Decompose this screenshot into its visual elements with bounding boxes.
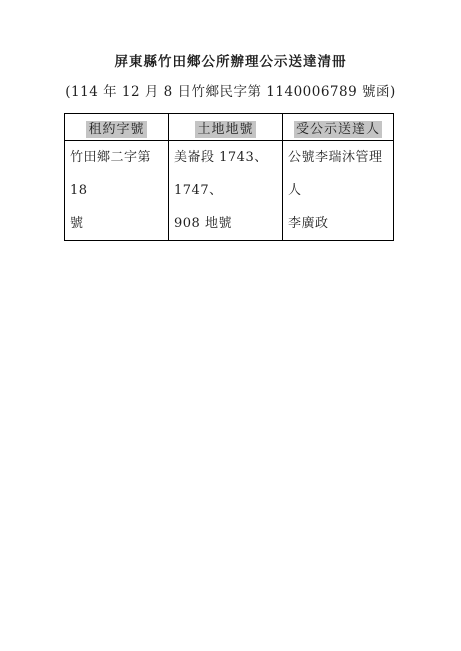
header-label-land-number: 土地地號 [195,121,255,138]
document-reference-line: (114 年 12 月 8 日竹鄉民字第 1140006789 號函) [0,84,461,101]
document-page: 屏東縣竹田鄉公所辦理公示送達清冊 (114 年 12 月 8 日竹鄉民字第 11… [0,0,461,651]
table-row: 竹田鄉二字第 18 號 美崙段 1743、1747、 908 地號 公號李瑞沐管… [65,141,394,241]
header-label-recipient: 受公示送達人 [294,121,382,138]
header-cell-contract-number: 租約字號 [65,114,169,141]
header-cell-land-number: 土地地號 [169,114,283,141]
header-label-contract-number: 租約字號 [86,121,146,138]
cell-contract-number: 竹田鄉二字第 18 號 [65,141,169,241]
cell-recipient: 公號李瑞沐管理人 李廣政 [283,141,394,241]
header-cell-recipient: 受公示送達人 [283,114,394,141]
document-title: 屏東縣竹田鄉公所辦理公示送達清冊 [0,0,461,71]
table-header-row: 租約字號 土地地號 受公示送達人 [65,114,394,141]
public-notice-table: 租約字號 土地地號 受公示送達人 竹田鄉二字第 18 號 美崙段 1743、17… [64,113,394,241]
cell-land-number: 美崙段 1743、1747、 908 地號 [169,141,283,241]
